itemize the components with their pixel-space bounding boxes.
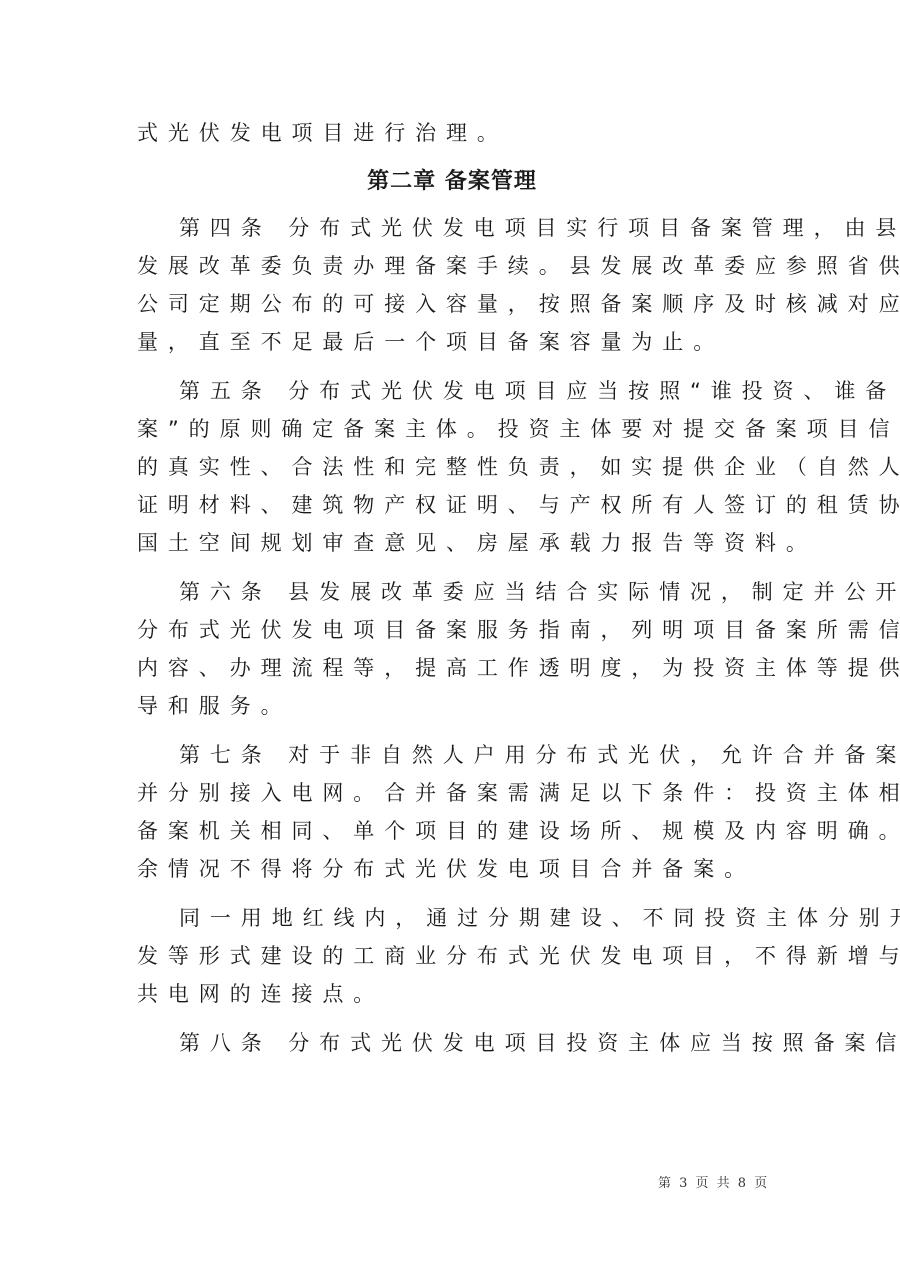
- text-line: 案”的原则确定备案主体。投资主体要对提交备案项目信息: [137, 410, 767, 448]
- text-line: 式光伏发电项目进行治理。: [137, 114, 767, 152]
- text-line: 导和服务。: [137, 687, 767, 725]
- article-7: 第七条 对于非自然人户用分布式光伏，允许合并备案 并分别接入电网。合并备案需满足…: [137, 736, 767, 888]
- paragraph-continuation: 式光伏发电项目进行治理。: [137, 114, 767, 152]
- article-8: 第八条 分布式光伏发电项目投资主体应当按照备案信: [137, 1024, 767, 1062]
- text-line: 的真实性、合法性和完整性负责，如实提供企业（自然人）: [137, 448, 767, 486]
- text-line: 证明材料、建筑物产权证明、与产权所有人签订的租赁协议、: [137, 486, 767, 524]
- article-4: 第四条 分布式光伏发电项目实行项目备案管理，由县 发展改革委负责办理备案手续。县…: [137, 209, 767, 361]
- text-line: 发展改革委负责办理备案手续。县发展改革委应参照省供电: [137, 247, 767, 285]
- text-line: 第五条 分布式光伏发电项目应当按照“谁投资、谁备: [137, 372, 767, 410]
- text-line: 量，直至不足最后一个项目备案容量为止。: [137, 323, 767, 361]
- text-line: 第四条 分布式光伏发电项目实行项目备案管理，由县: [137, 209, 767, 247]
- text-line: 余情况不得将分布式光伏发电项目合并备案。: [137, 850, 767, 888]
- document-page: 式光伏发电项目进行治理。 第二章 备案管理 第四条 分布式光伏发电项目实行项目备…: [137, 114, 767, 1073]
- text-line: 分布式光伏发电项目备案服务指南，列明项目备案所需信息: [137, 611, 767, 649]
- text-line: 备案机关相同、单个项目的建设场所、规模及内容明确。其: [137, 812, 767, 850]
- text-line: 内容、办理流程等，提高工作透明度，为投资主体等提供指: [137, 649, 767, 687]
- page-number: 第 3 页 共 8 页: [658, 1172, 769, 1191]
- text-line: 同一用地红线内，通过分期建设、不同投资主体分别开: [137, 899, 767, 937]
- text-line: 发等形式建设的工商业分布式光伏发电项目，不得新增与公: [137, 937, 767, 975]
- text-line: 第六条 县发展改革委应当结合实际情况，制定并公开: [137, 573, 767, 611]
- text-line: 共电网的连接点。: [137, 975, 767, 1013]
- text-line: 公司定期公布的可接入容量，按照备案顺序及时核减对应容: [137, 285, 767, 323]
- text-line: 第七条 对于非自然人户用分布式光伏，允许合并备案: [137, 736, 767, 774]
- text-line: 并分别接入电网。合并备案需满足以下条件：投资主体相同、: [137, 774, 767, 812]
- text-line: 国土空间规划审查意见、房屋承载力报告等资料。: [137, 524, 767, 562]
- text-line: 第八条 分布式光伏发电项目投资主体应当按照备案信: [137, 1024, 767, 1062]
- article-6: 第六条 县发展改革委应当结合实际情况，制定并公开 分布式光伏发电项目备案服务指南…: [137, 573, 767, 725]
- chapter-heading: 第二章 备案管理: [137, 163, 767, 201]
- article-5: 第五条 分布式光伏发电项目应当按照“谁投资、谁备 案”的原则确定备案主体。投资主…: [137, 372, 767, 562]
- article-7-supplement: 同一用地红线内，通过分期建设、不同投资主体分别开 发等形式建设的工商业分布式光伏…: [137, 899, 767, 1013]
